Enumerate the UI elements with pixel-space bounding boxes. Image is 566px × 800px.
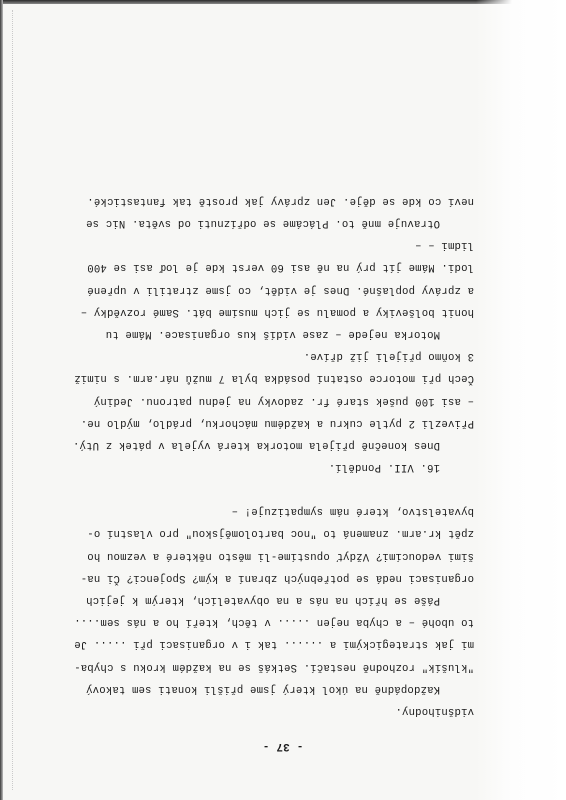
- text-line: a zprávy poplašné. Dnes je vidět, co jsm…: [54, 278, 474, 300]
- text-line: – asi 100 pušek staré fr. zadovky na jed…: [54, 389, 474, 411]
- text-line: 3 koňmo přijeli již dříve.: [54, 345, 474, 367]
- page-body: vidšnihodny. Každopádně na úkol který js…: [54, 190, 474, 722]
- text-line: Dnes konečně přijela motorka která vyjel…: [54, 434, 474, 456]
- text-line: zpět kr.arm. znamená to "noc bartolomějs…: [54, 522, 474, 544]
- text-line: lodi. Máme jít prý na ně asi 60 verst kd…: [54, 256, 474, 278]
- text-line: Každopádně na úkol který jsme přišli kon…: [54, 678, 474, 700]
- text-line: Přivezli 2 pytle cukru a každému máchork…: [54, 412, 474, 434]
- text-line: Motorka nejede – zase vidíš kus organisa…: [54, 323, 474, 345]
- text-line: Páše se hřích na nás a na obyvatelích, k…: [54, 589, 474, 611]
- typewritten-page: - 37 - vidšnihodny. Každopádně na úkol k…: [0, 0, 566, 800]
- text-line: mi jak strategickými a ...... tak i v or…: [54, 633, 474, 655]
- page-number: - 37 -: [0, 740, 566, 752]
- text-line: šimi vedoucími? Vždyť opustíme-li město …: [54, 545, 474, 567]
- paragraph-gap: [54, 478, 474, 500]
- text-line: organisaci nedá se potřebných zbraní a k…: [54, 567, 474, 589]
- text-line: Otravuje mně to. Plácáme se odříznuti od…: [54, 212, 474, 234]
- text-line: vidšnihodny.: [54, 700, 474, 722]
- text-line: neví co kde se děje. Jen zprávy jak pros…: [54, 190, 474, 212]
- diary-date: 16. VII. Pondělí.: [54, 456, 474, 478]
- text-line: honit bolševiky a pomalu se jich musíme …: [54, 301, 474, 323]
- scanned-page: - 37 - vidšnihodny. Každopádně na úkol k…: [0, 0, 566, 800]
- text-line: to ubohé – a chyba nejen ..... v těch, k…: [54, 611, 474, 633]
- text-line: "klušík" rozhodně nestačí. Setkáš se na …: [54, 655, 474, 677]
- text-line: lidmi – –: [54, 234, 474, 256]
- text-line: byvatelstvo, které nám sympatizuje! –: [54, 500, 474, 522]
- text-line: Čech při motorce ostatní posádka byla 7 …: [54, 367, 474, 389]
